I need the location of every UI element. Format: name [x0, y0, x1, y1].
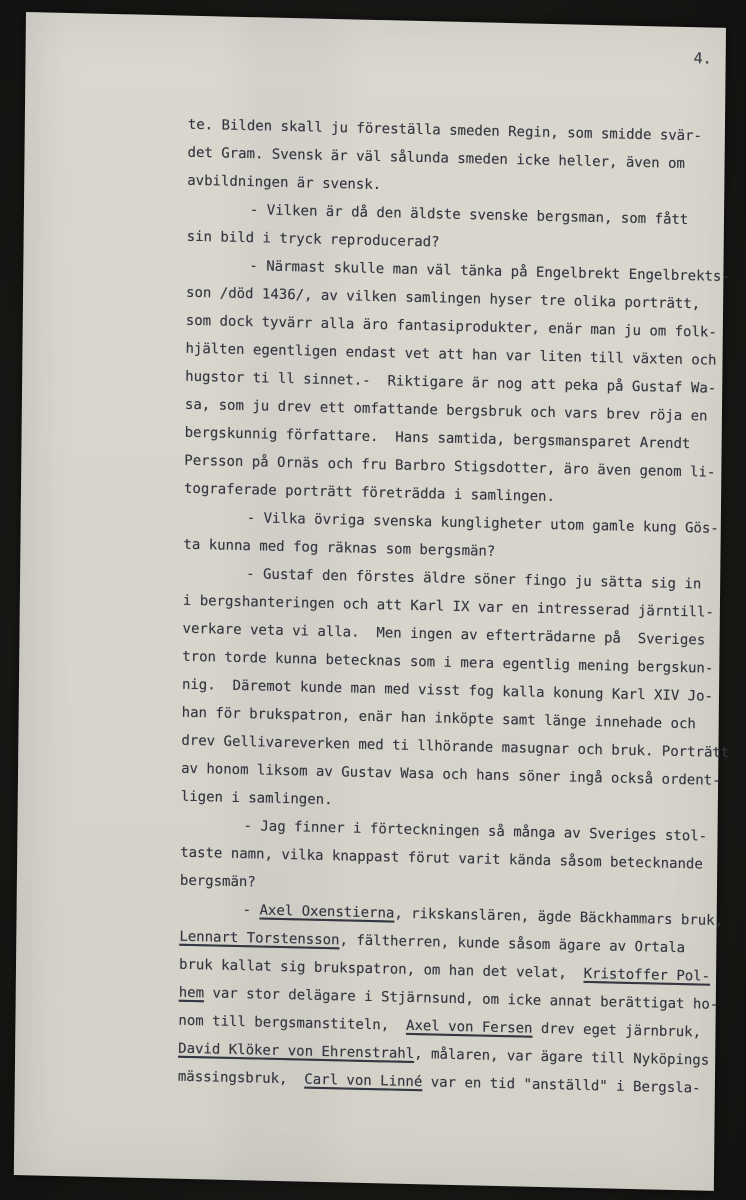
- text-segment: sin bild i tryck reproducerad?: [187, 229, 440, 251]
- text-segment: tograferade porträtt företrädda i samlin…: [184, 481, 555, 505]
- text-segment: ta kunna med fog räknas som bergsmän?: [183, 537, 495, 560]
- text-segment: -: [243, 902, 260, 918]
- text-segment: ligen i samlingen.: [181, 789, 333, 808]
- page-number: 4.: [694, 49, 712, 67]
- text-segment: - Gustaf den förstes äldre söner fingo j…: [246, 566, 701, 592]
- document-text: te. Bilden skall ju föreställa smeden Re…: [178, 111, 733, 1103]
- text-segment: bergsmän?: [180, 873, 256, 891]
- text-segment: , fältherren, kunde såsom ägare av Ortal…: [339, 932, 685, 956]
- underlined-name: Lennart Torstensson: [179, 929, 339, 949]
- text-segment: - Vilken är då den äldste svenske bergsm…: [250, 202, 688, 228]
- underlined-name: Axel Oxenstierna: [259, 903, 394, 922]
- underlined-name: hem: [179, 985, 204, 1002]
- text-segment: taste namn, vilka knappast förut varit k…: [180, 845, 703, 873]
- text-segment: , målaren, var ägare till Nyköpings: [414, 1046, 709, 1069]
- underlined-name: Kristoffer Pol-: [584, 966, 711, 985]
- underlined-name: David Klöker von Ehrenstrahl: [178, 1041, 414, 1062]
- underlined-name: Carl von Linné: [304, 1072, 422, 1091]
- text-segment: avbildningen är svensk.: [187, 173, 381, 193]
- text-segment: nom till bergsmanstiteln,: [178, 1013, 406, 1034]
- text-segment: mässingsbruk,: [178, 1069, 305, 1088]
- document-page: 4. te. Bilden skall ju föreställa smeden…: [14, 12, 726, 1191]
- underlined-name: Axel von Fersen: [406, 1018, 533, 1037]
- text-segment: bruk kallat sig brukspatron, om han det …: [179, 957, 584, 982]
- text-segment: var en tid "anställd" i Bergsla-: [422, 1074, 700, 1096]
- text-segment: - Jag finner i förteckningen så många av…: [243, 818, 707, 845]
- text-segment: drev eget järnbruk,: [532, 1021, 701, 1041]
- text-segment: , rikskanslären, ägde Bäckhammars bruk,: [394, 906, 723, 929]
- scan-backdrop: 4. te. Bilden skall ju föreställa smeden…: [0, 0, 746, 1200]
